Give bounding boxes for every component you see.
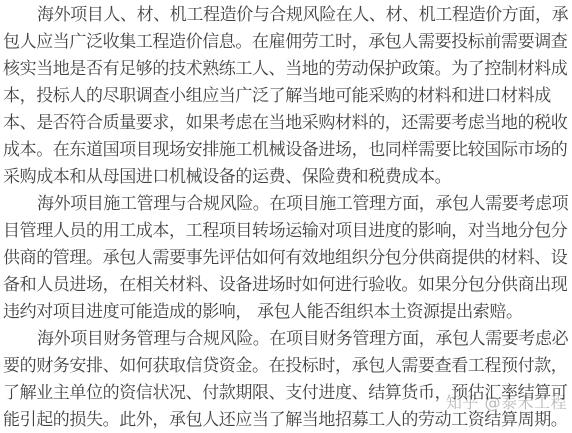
text-line: 备和人员进场，在相关材料、设备进场时如何进行验收。如果分包分供商出现 [3, 272, 570, 299]
text-line: 成本。在东道国项目现场安排施工机械设备进场，也同样需要比较国际市场的 [3, 137, 570, 164]
text-line: 目管理人员的用工成本，工程项目转场运输对项目进度的影响，对当地分包分 [3, 218, 570, 245]
text-line: 能引起的损失。此外，承包人还应当了解当地招募工人的劳动工资结算周期。 [3, 407, 570, 433]
text-line: 海外项目财务管理与合规风险。在项目财务管理方面，承包人需要考虑必 [3, 326, 570, 353]
paragraph: 海外项目财务管理与合规风险。在项目财务管理方面，承包人需要考虑必要的财务安排、如… [3, 326, 570, 433]
text-line: 采购成本和从母国进口机械设备的运费、保险费和税费成本。 [3, 164, 570, 191]
document-page: 知乎 @泰禾工程 海外项目人、材、机工程造价与合规风险在人、材、机工程造价方面，… [0, 0, 572, 433]
paragraph: 海外项目人、材、机工程造价与合规风险在人、材、机工程造价方面，承包人应当广泛收集… [3, 2, 570, 191]
text-line: 本、是否符合质量要求，如果考虑在当地采购材料的，还需要考虑当地的税收 [3, 110, 570, 137]
paragraph: 海外项目施工管理与合规风险。在项目施工管理方面，承包人需要考虑项目管理人员的用工… [3, 191, 570, 326]
text-line: 海外项目人、材、机工程造价与合规风险在人、材、机工程造价方面，承 [3, 2, 570, 29]
text-line: 包人应当广泛收集工程造价信息。在雇佣劳工时，承包人需要投标前需要调查 [3, 29, 570, 56]
text-line: 本，投标人的尽职调查小组应当广泛了解当地可能采购的材料和进口材料成 [3, 83, 570, 110]
text-line: 了解业主单位的资信状况、付款期限、支付进度、结算货币，预估汇率结算可 [3, 380, 570, 407]
text-line: 要的财务安排、如何获取信贷资金。在投标时，承包人需要查看工程预付款， [3, 353, 570, 380]
text-content: 海外项目人、材、机工程造价与合规风险在人、材、机工程造价方面，承包人应当广泛收集… [0, 0, 572, 433]
text-line: 核实当地是否有足够的技术熟练工人、当地的劳动保护政策。为了控制材料成 [3, 56, 570, 83]
text-line: 违约对项目进度可能造成的影响， 承包人能否组织本土资源提出索赔。 [3, 299, 570, 326]
text-line: 海外项目施工管理与合规风险。在项目施工管理方面，承包人需要考虑项 [3, 191, 570, 218]
text-line: 供商的管理。承包人需要事先评估如何有效地组织分包分供商提供的材料、设 [3, 245, 570, 272]
